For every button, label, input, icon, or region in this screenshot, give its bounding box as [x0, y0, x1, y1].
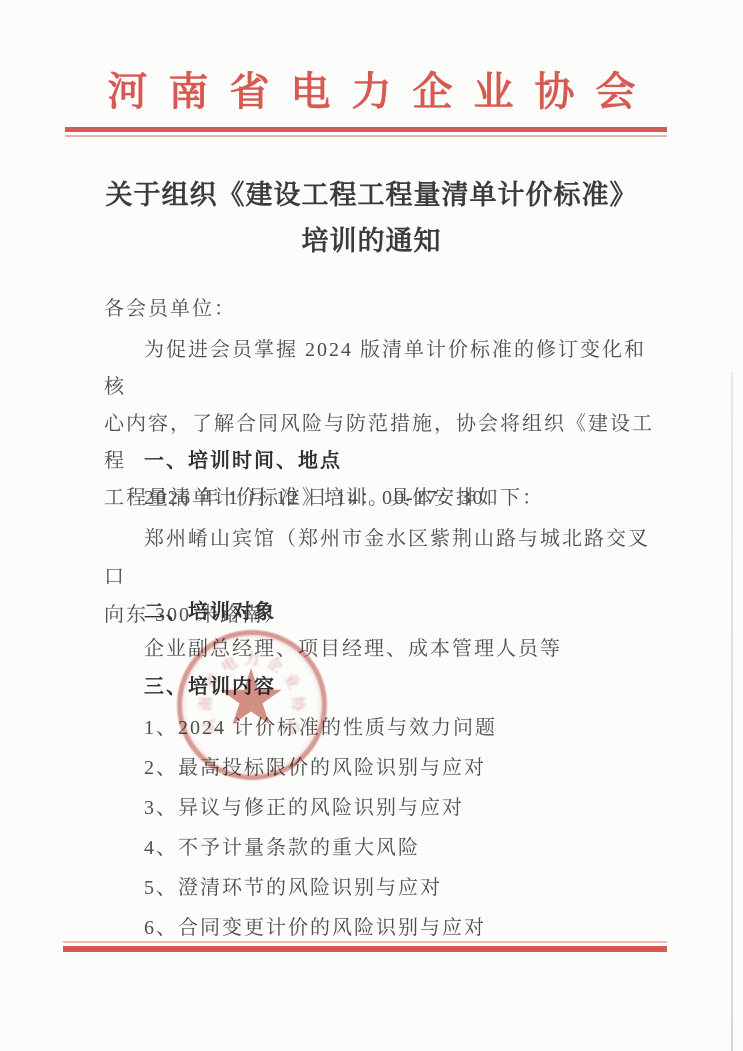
letterhead-rule-thick: [65, 127, 667, 132]
section1-heading: 一、培训时间、地点: [104, 446, 664, 476]
training-content-item: 4、不予计量条款的重大风险: [104, 828, 664, 868]
footer-rule-thin: [63, 941, 667, 943]
training-content-item: 1、2024 计价标准的性质与效力问题: [104, 708, 664, 748]
document-title-line1: 关于组织《建设工程工程量清单计价标准》: [0, 172, 743, 218]
org-letterhead-title: 河南省电力企业协会: [0, 68, 743, 116]
paper-edge-artifact: [731, 372, 733, 1051]
section3-heading: 三、培训内容: [104, 672, 664, 702]
document-title: 关于组织《建设工程工程量清单计价标准》 培训的通知: [0, 172, 743, 264]
intro-line: 为促进会员掌握 2024 版清单计价标准的修订变化和核: [104, 332, 664, 406]
section2-heading: 二、培训对象: [104, 597, 664, 627]
location-line: 郑州崤山宾馆（郑州市金水区紫荆山路与城北路交叉口: [104, 520, 664, 596]
training-content-item: 2、最高投标限价的风险识别与应对: [104, 748, 664, 788]
scanned-notice-page: 河南省电力企业协会 关于组织《建设工程工程量清单计价标准》 培训的通知 各会员单…: [0, 0, 743, 1051]
training-content-list: 1、2024 计价标准的性质与效力问题2、最高投标限价的风险识别与应对3、异议与…: [104, 708, 664, 948]
training-content-item: 3、异议与修正的风险识别与应对: [104, 788, 664, 828]
training-time: 2026 年 1 月 12 日 14：00-17：30: [104, 483, 664, 513]
salutation: 各会员单位：: [104, 294, 664, 324]
letterhead-rule-thin: [65, 135, 667, 137]
training-content-item: 5、澄清环节的风险识别与应对: [104, 868, 664, 908]
training-audience: 企业副总经理、项目经理、成本管理人员等: [104, 634, 664, 664]
footer-rule-thick: [63, 946, 667, 952]
document-title-line2: 培训的通知: [0, 218, 743, 264]
